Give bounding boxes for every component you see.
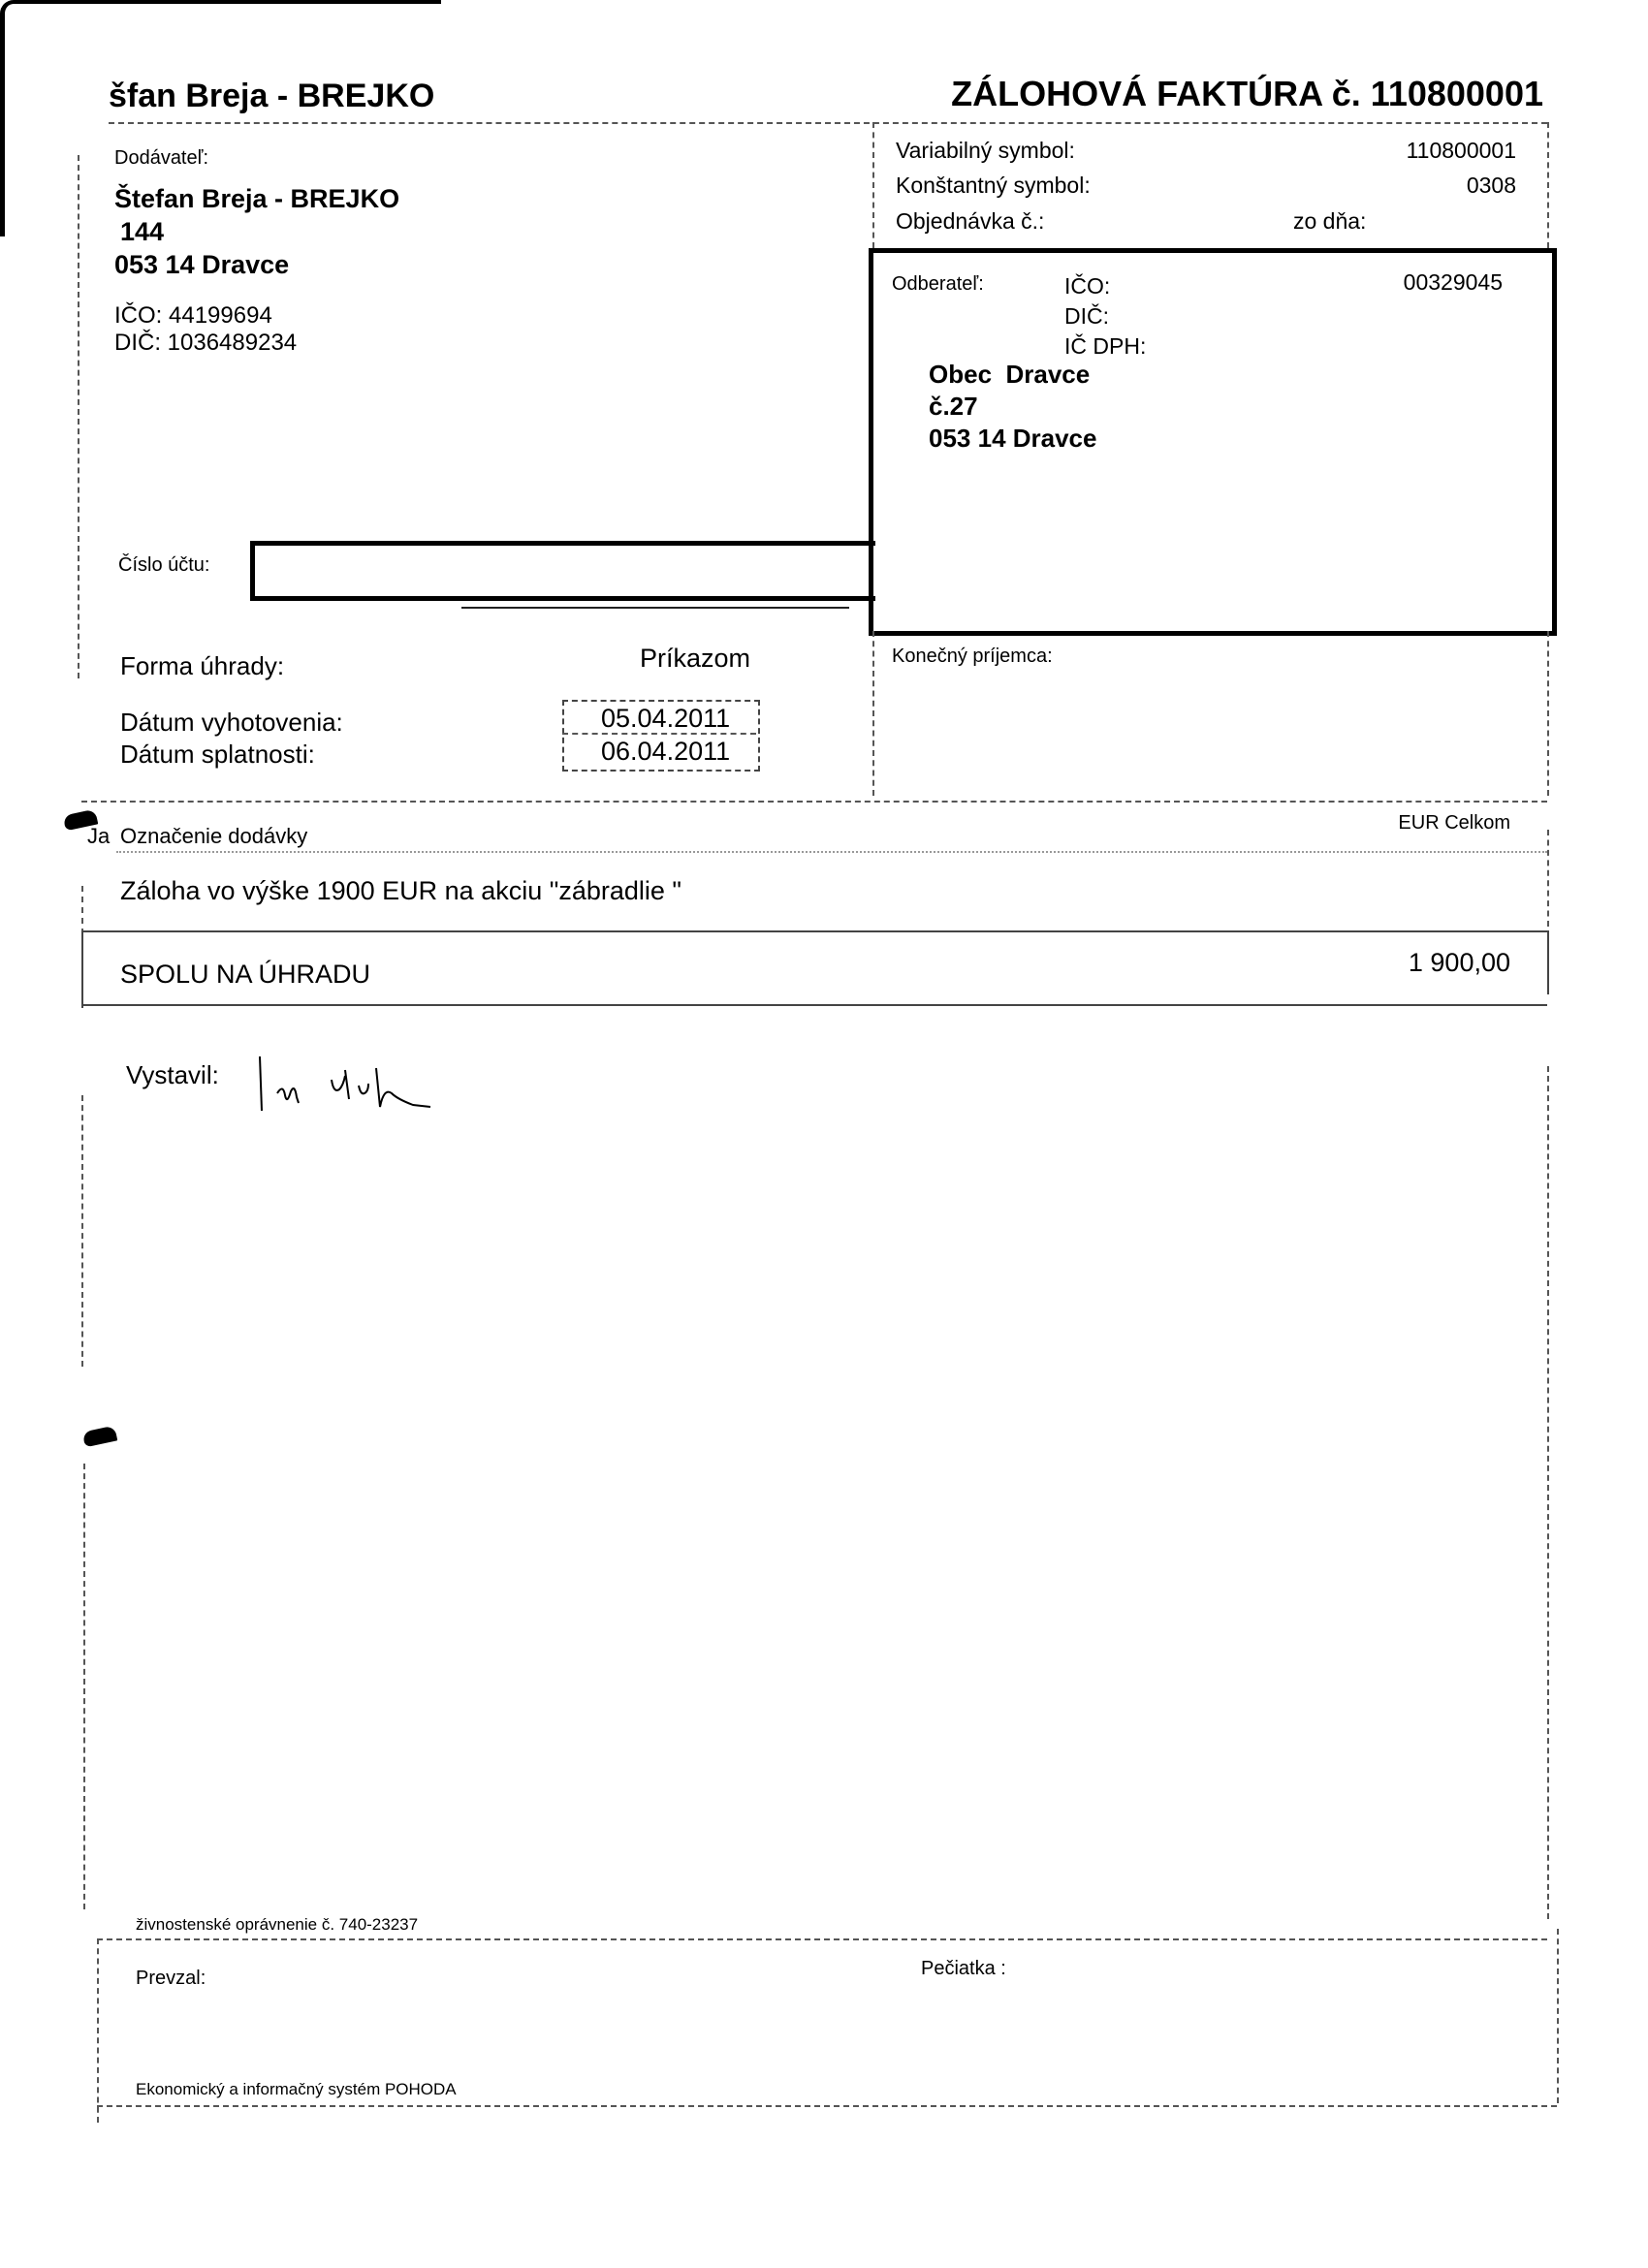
footer-left-border — [97, 1938, 99, 2123]
document-title: ZÁLOHOVÁ FAKTÚRA č. 110800001 — [951, 74, 1543, 114]
item-column-total: EUR Celkom — [1398, 812, 1510, 835]
items-header-rule — [116, 851, 1547, 853]
total-right-border — [1547, 930, 1549, 994]
left-border — [81, 1095, 83, 1367]
item-column-mark: Ja — [87, 824, 110, 849]
account-underline — [461, 607, 849, 609]
issue-date-label: Dátum vyhotovenia: — [120, 708, 343, 738]
item-row-description: Záloha vo výške 1900 EUR na akciu "zábra… — [120, 876, 681, 906]
left-border — [83, 1464, 85, 1909]
variable-symbol-label: Variabilný symbol: — [896, 138, 1075, 163]
left-border — [78, 155, 79, 678]
grand-total-value: 1 900,00 — [1409, 948, 1510, 978]
customer-address: Obec Dravce č.27 053 14 Dravce — [929, 359, 1096, 455]
customer-street: č.27 — [929, 391, 1096, 423]
variable-symbol-row: Variabilný symbol: 110800001 — [896, 138, 1516, 164]
supplier-street: 144 — [114, 215, 399, 248]
right-border — [1547, 830, 1549, 927]
total-bottom-rule — [81, 1004, 1547, 1006]
final-recipient-label: Konečný príjemca: — [892, 646, 1053, 668]
received-by-label: Prevzal: — [136, 1968, 206, 1990]
supplier-header-name: šfan Breja - BREJKO — [109, 78, 434, 115]
issued-by-label: Vystavil: — [126, 1060, 219, 1090]
customer-id-labels: IČO: DIČ: IČ DPH: — [1064, 271, 1146, 362]
constant-symbol-row: Konštantný symbol: 0308 — [896, 173, 1516, 199]
due-date-label: Dátum splatnosti: — [120, 740, 315, 770]
customer-ico-value: 00329045 — [1404, 269, 1503, 296]
grand-total-label: SPOLU NA ÚHRADU — [120, 960, 370, 990]
payment-method-label: Forma úhrady: — [120, 651, 284, 681]
footer-bottom-rule — [97, 2105, 1557, 2107]
total-top-rule — [81, 930, 1547, 932]
variable-symbol-value: 110800001 — [1407, 138, 1516, 164]
footer-top-rule — [97, 1938, 1547, 1940]
right-border — [1547, 1066, 1549, 1919]
software-credit: Ekonomický a informačný systém POHODA — [136, 2080, 457, 2099]
customer-label: Odberateľ: — [892, 273, 984, 296]
supplier-ids: IČO: 44199694 DIČ: 1036489234 — [114, 302, 297, 357]
customer-dic-label: DIČ: — [1064, 301, 1146, 331]
order-date-label: zo dňa: — [1293, 208, 1366, 235]
payment-method-value: Príkazom — [640, 644, 750, 674]
supplier-dic: DIČ: 1036489234 — [114, 330, 297, 357]
left-border — [81, 886, 83, 934]
symbols-divider — [872, 122, 874, 248]
constant-symbol-value: 0308 — [1467, 173, 1516, 199]
order-number-label: Objednávka č.: — [896, 208, 1044, 234]
supplier-city: 053 14 Dravce — [114, 248, 399, 281]
due-date-value: 06.04.2011 — [601, 737, 730, 767]
right-border — [1547, 631, 1549, 796]
issue-date-value: 05.04.2011 — [601, 704, 730, 734]
header-rule — [109, 122, 1547, 124]
account-number-box — [250, 541, 875, 601]
customer-icdph-label: IČ DPH: — [1064, 331, 1146, 362]
supplier-name: Štefan Breja - BREJKO — [114, 182, 399, 215]
trade-license-note: živnostenské oprávnenie č. 740-23237 — [136, 1915, 418, 1935]
punch-hole-mark — [82, 1426, 118, 1448]
stamp-label: Pečiatka : — [921, 1958, 1006, 1980]
order-row: Objednávka č.: — [896, 208, 1516, 235]
signature-icon — [254, 1051, 448, 1128]
constant-symbol-label: Konštantný symbol: — [896, 173, 1091, 198]
account-label: Číslo účtu: — [118, 554, 209, 577]
supplier-ico: IČO: 44199694 — [114, 302, 297, 330]
footer-right-border — [1557, 1929, 1559, 2103]
section-rule — [81, 801, 1547, 803]
customer-name: Obec Dravce — [929, 359, 1096, 391]
supplier-address: Štefan Breja - BREJKO 144 053 14 Dravce — [114, 182, 399, 281]
right-border — [1547, 122, 1549, 248]
item-column-description: Označenie dodávky — [120, 824, 307, 849]
recipient-divider — [872, 631, 874, 796]
customer-city: 053 14 Dravce — [929, 423, 1096, 455]
customer-ico-label: IČO: — [1064, 271, 1146, 301]
total-left-border — [81, 930, 83, 1008]
supplier-label: Dodávateľ: — [114, 147, 208, 170]
